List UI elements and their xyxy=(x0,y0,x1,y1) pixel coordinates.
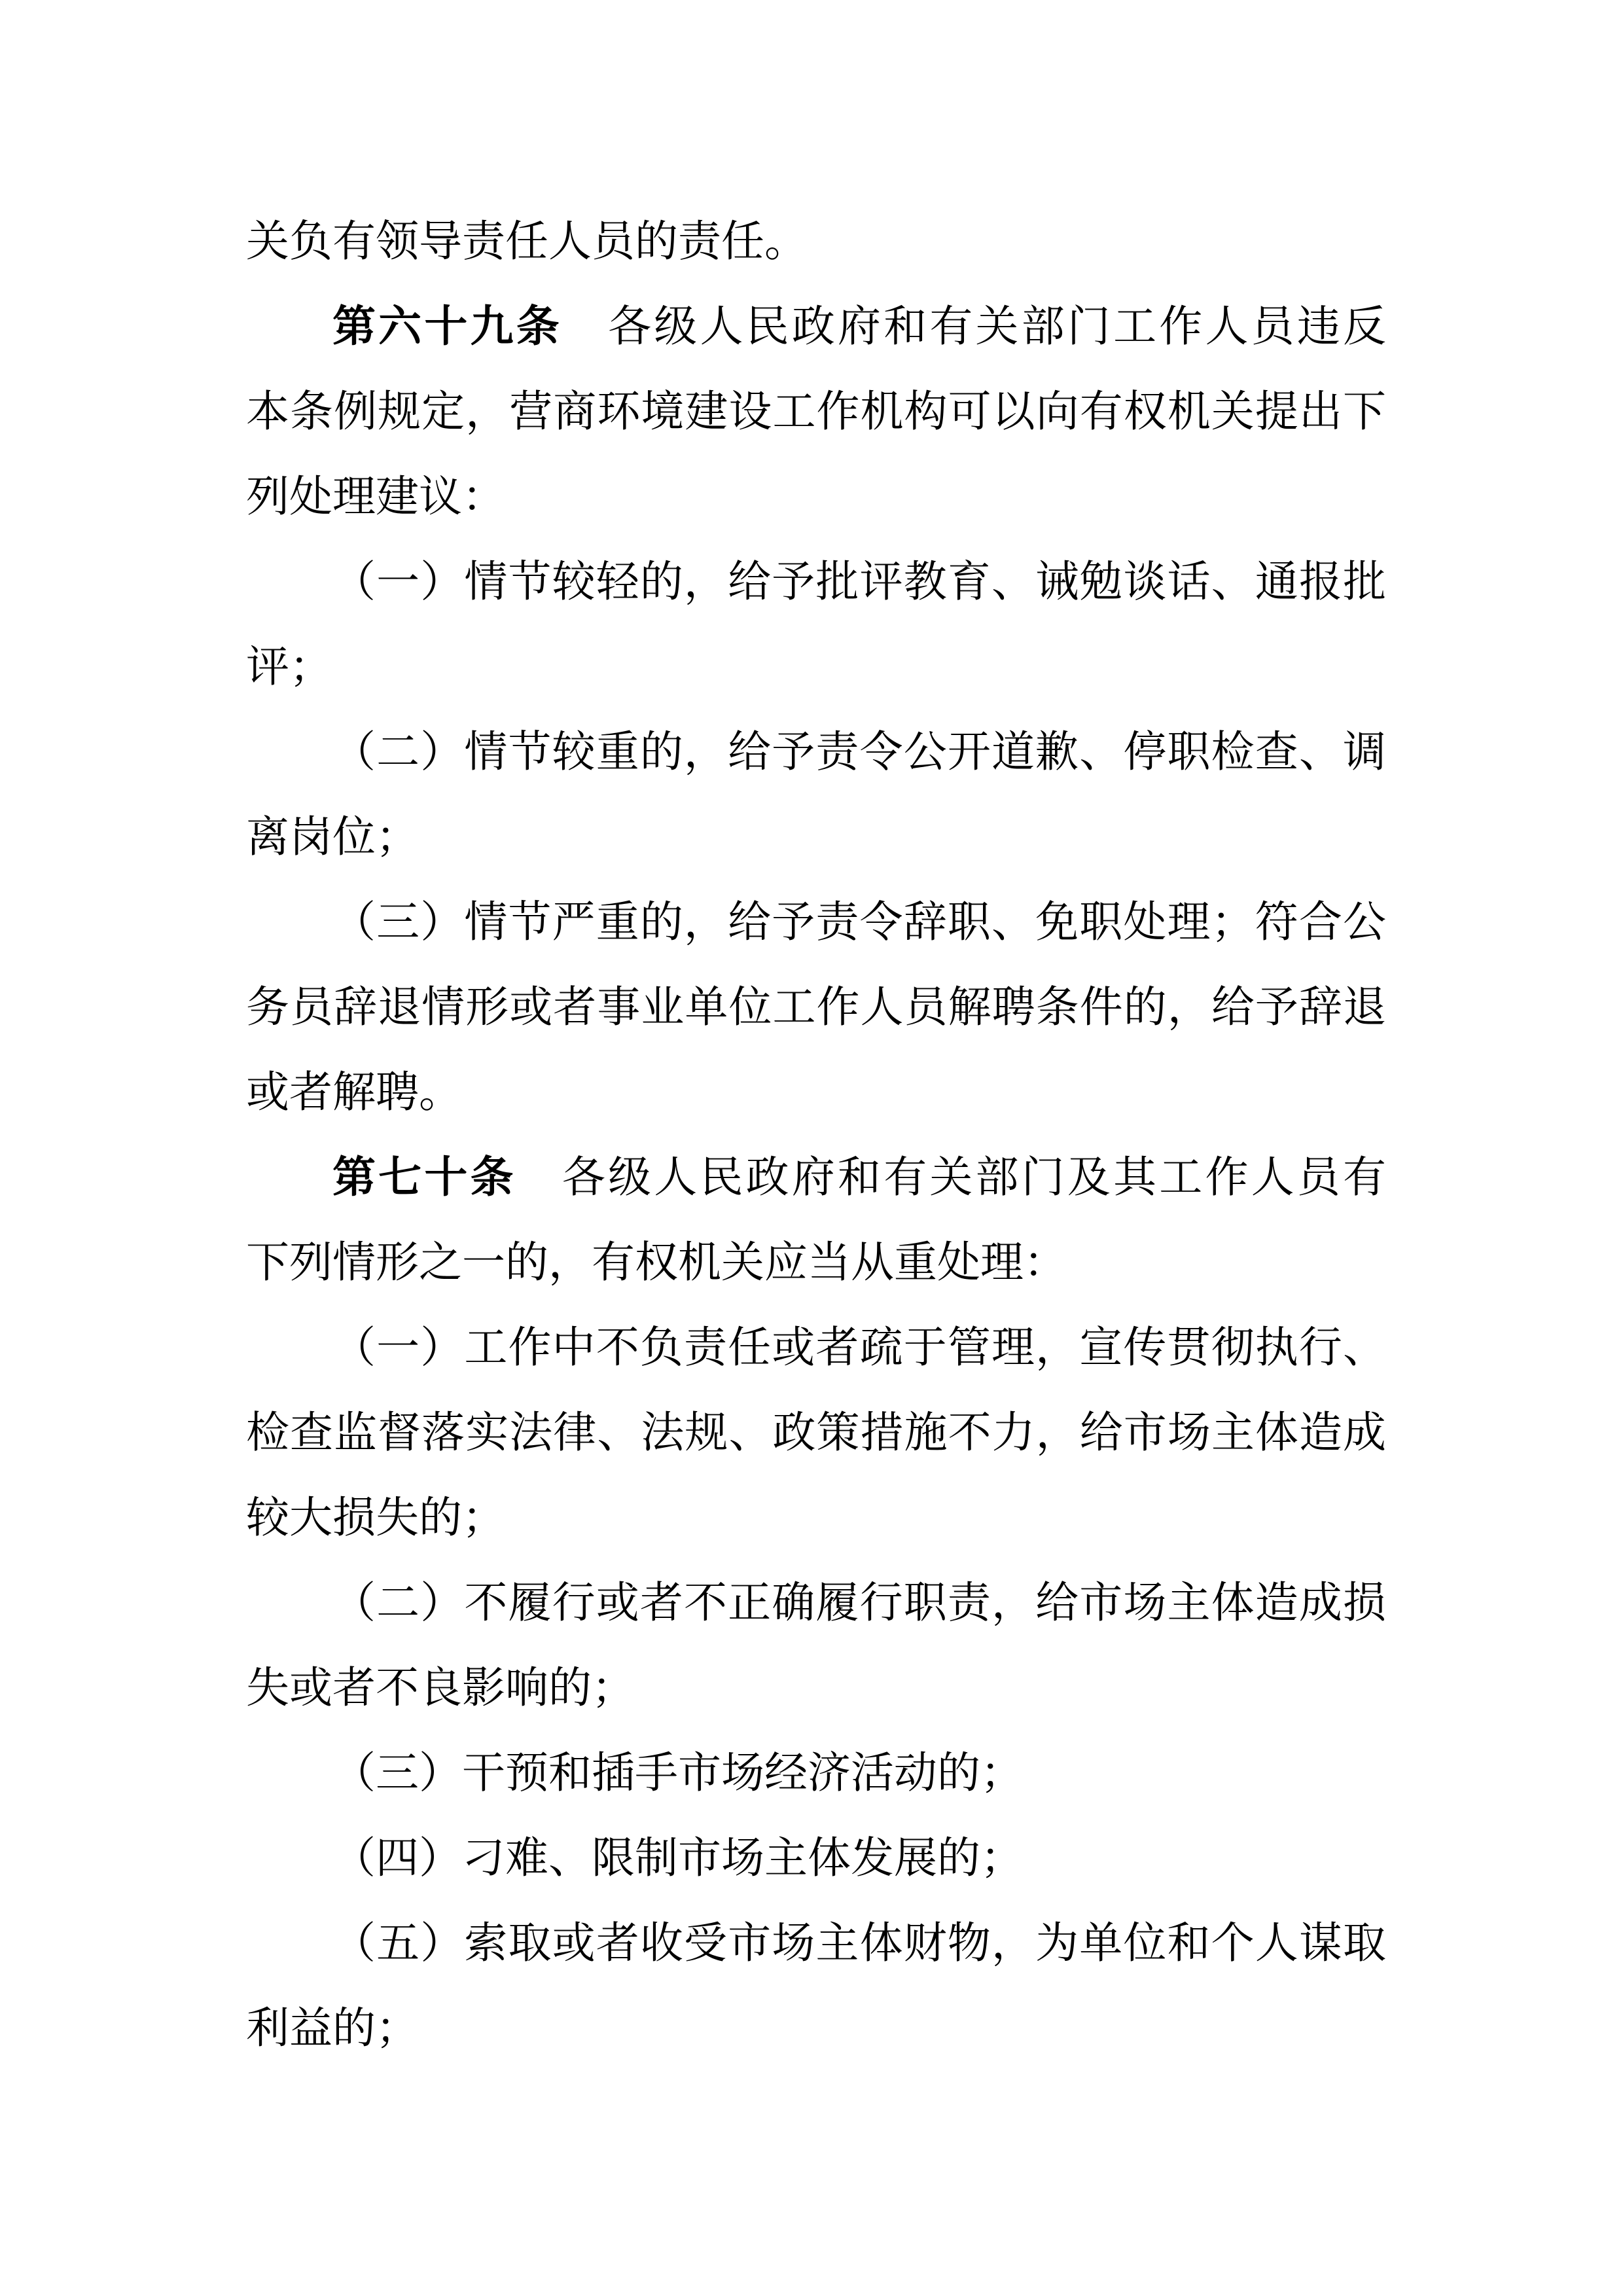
text-line: （三）情节严重的，给予责令辞职、免职处理；符合公 xyxy=(246,880,1386,965)
text-line: （二）不履行或者不正确履行职责，给市场主体造成损 xyxy=(246,1561,1386,1646)
text-line: 或者解聘。 xyxy=(246,1050,1386,1136)
text-run: 检查监督落实法律、法规、政策措施不力，给市场主体造成 xyxy=(246,1409,1386,1457)
text-line: 离岗位； xyxy=(246,795,1386,880)
text-line: 关负有领导责任人员的责任。 xyxy=(246,200,1386,285)
document-body: 关负有领导责任人员的责任。第六十九条 各级人民政府和有关部门工作人员违反本条例规… xyxy=(246,200,1386,2072)
text-run: （三）干预和插手市场经济活动的； xyxy=(332,1749,1024,1797)
paragraph-article-70-item-4: （四）刁难、限制市场主体发展的； xyxy=(246,1816,1386,1901)
text-line: （一）工作中不负责任或者疏于管理，宣传贯彻执行、 xyxy=(246,1306,1386,1391)
text-run: 列处理建议： xyxy=(246,473,505,521)
text-run: 务员辞退情形或者事业单位工作人员解聘条件的，给予辞退 xyxy=(246,984,1386,1031)
text-run: （二）情节较重的，给予责令公开道歉、停职检查、调 xyxy=(332,728,1386,776)
text-line: 评； xyxy=(246,625,1386,710)
paragraph-article-70-item-3: （三）干预和插手市场经济活动的； xyxy=(246,1731,1386,1816)
text-run: （一）情节较轻的，给予批评教育、诫勉谈话、通报批 xyxy=(332,558,1386,606)
text-line: 下列情形之一的，有权机关应当从重处理： xyxy=(246,1221,1386,1306)
text-line: （五）索取或者收受市场主体财物，为单位和个人谋取 xyxy=(246,1901,1386,1986)
text-run: 各级人民政府和有关部门及其工作人员有 xyxy=(516,1154,1386,1202)
text-line: （四）刁难、限制市场主体发展的； xyxy=(246,1816,1386,1901)
paragraph-article-69-item-1: （一）情节较轻的，给予批评教育、诫勉谈话、通报批评； xyxy=(246,540,1386,710)
text-line: 利益的； xyxy=(246,1986,1386,2072)
text-run: 失或者不良影响的； xyxy=(246,1664,635,1712)
paragraph-article-69-item-2: （二）情节较重的，给予责令公开道歉、停职检查、调离岗位； xyxy=(246,710,1386,880)
paragraph-article-70-item-5: （五）索取或者收受市场主体财物，为单位和个人谋取利益的； xyxy=(246,1901,1386,2072)
text-line: 较大损失的； xyxy=(246,1476,1386,1561)
text-line: （二）情节较重的，给予责令公开道歉、停职检查、调 xyxy=(246,710,1386,795)
text-run: （五）索取或者收受市场主体财物，为单位和个人谋取 xyxy=(332,1920,1386,1967)
text-line: 务员辞退情形或者事业单位工作人员解聘条件的，给予辞退 xyxy=(246,965,1386,1050)
text-line: 失或者不良影响的； xyxy=(246,1646,1386,1731)
paragraph-article-70-item-1: （一）工作中不负责任或者疏于管理，宣传贯彻执行、检查监督落实法律、法规、政策措施… xyxy=(246,1306,1386,1561)
text-line: （三）干预和插手市场经济活动的； xyxy=(246,1731,1386,1816)
text-run: 较大损失的； xyxy=(246,1494,505,1542)
text-run: 离岗位； xyxy=(246,814,419,861)
text-line: 本条例规定，营商环境建设工作机构可以向有权机关提出下 xyxy=(246,370,1386,455)
paragraph-article-70-item-2: （二）不履行或者不正确履行职责，给市场主体造成损失或者不良影响的； xyxy=(246,1561,1386,1731)
article-number: 第六十九条 xyxy=(332,303,562,351)
text-run: 本条例规定，营商环境建设工作机构可以向有权机关提出下 xyxy=(246,388,1386,436)
text-line: （一）情节较轻的，给予批评教育、诫勉谈话、通报批 xyxy=(246,540,1386,625)
paragraph-article-69: 第六十九条 各级人民政府和有关部门工作人员违反本条例规定，营商环境建设工作机构可… xyxy=(246,285,1386,540)
document-page: 关负有领导责任人员的责任。第六十九条 各级人民政府和有关部门工作人员违反本条例规… xyxy=(0,0,1623,2296)
text-run: 或者解聘。 xyxy=(246,1069,462,1117)
text-run: 各级人民政府和有关部门工作人员违反 xyxy=(562,303,1386,351)
text-run: 利益的； xyxy=(246,2005,419,2053)
text-line: 第六十九条 各级人民政府和有关部门工作人员违反 xyxy=(246,285,1386,370)
text-line: 第七十条 各级人民政府和有关部门及其工作人员有 xyxy=(246,1136,1386,1221)
text-run: （二）不履行或者不正确履行职责，给市场主体造成损 xyxy=(332,1579,1386,1627)
paragraph-article-69-item-3: （三）情节严重的，给予责令辞职、免职处理；符合公务员辞退情形或者事业单位工作人员… xyxy=(246,880,1386,1136)
paragraph-article-70: 第七十条 各级人民政府和有关部门及其工作人员有下列情形之一的，有权机关应当从重处… xyxy=(246,1136,1386,1306)
text-line: 列处理建议： xyxy=(246,455,1386,540)
text-run: 关负有领导责任人员的责任。 xyxy=(246,218,808,266)
text-run: 评； xyxy=(246,643,332,691)
text-run: （三）情节严重的，给予责令辞职、免职处理；符合公 xyxy=(332,899,1386,946)
text-run: （四）刁难、限制市场主体发展的； xyxy=(332,1835,1024,1882)
text-run: （一）工作中不负责任或者疏于管理，宣传贯彻执行、 xyxy=(332,1324,1386,1372)
text-run: 下列情形之一的，有权机关应当从重处理： xyxy=(246,1239,1067,1287)
article-number: 第七十条 xyxy=(332,1154,516,1202)
paragraph-continuation-paragraph: 关负有领导责任人员的责任。 xyxy=(246,200,1386,285)
text-line: 检查监督落实法律、法规、政策措施不力，给市场主体造成 xyxy=(246,1391,1386,1476)
